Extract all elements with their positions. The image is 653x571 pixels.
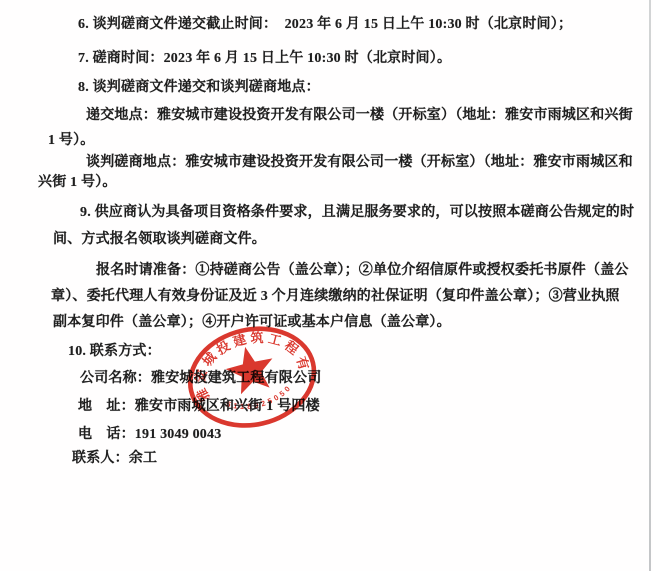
line-negotiation-time: 7. 磋商时间：2023 年 6 月 15 日上午 10:30 时（北京时间）。 (78, 50, 451, 67)
line-contact-person: 联系人：余工 (72, 450, 157, 467)
line-contact-heading: 10. 联系方式： (68, 343, 161, 360)
scanned-document-page: 6. 谈判磋商文件递交截止时间： 2023 年 6 月 15 日上午 10:30… (0, 0, 653, 571)
line-registration-docs-1: 报名时请准备：①持磋商公告（盖公章）；②单位介绍信原件或授权委托书原件（盖公 (96, 262, 629, 279)
scan-edge-line (649, 0, 651, 571)
line-submission-place-1: 递交地点：雅安城市建设投资开发有限公司一楼（开标室）（地址：雅安市雨城区和兴街 (86, 107, 633, 124)
line-registration-docs-2: 章）、委托代理人有效身份证及近 3 个月连续缴纳的社保证明（复印件盖公章）；③营… (51, 288, 620, 305)
line-qualification-2: 间、方式报名领取谈判磋商文件。 (53, 231, 266, 248)
line-submission-deadline: 6. 谈判磋商文件递交截止时间： 2023 年 6 月 15 日上午 10:30… (78, 16, 572, 33)
line-submission-place-2: 1 号）。 (48, 132, 95, 149)
line-qualification-1: 9. 供应商认为具备项目资格条件要求，且满足服务要求的，可以按照本磋商公告规定的… (80, 204, 634, 221)
line-location-heading: 8. 谈判磋商文件递交和谈判磋商地点： (78, 79, 320, 96)
line-negotiation-place-1: 谈判磋商地点：雅安城市建设投资开发有限公司一楼（开标室）（地址：雅安市雨城区和 (86, 154, 633, 171)
line-negotiation-place-2: 兴街 1 号）。 (38, 174, 117, 191)
